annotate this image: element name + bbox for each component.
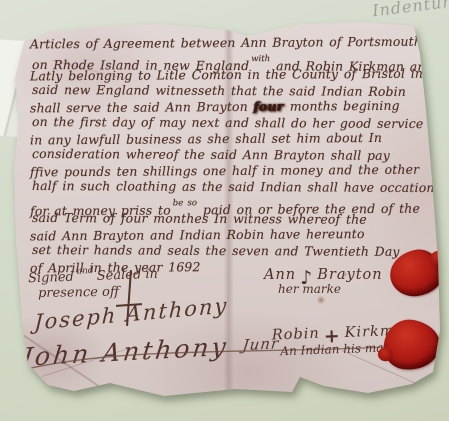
wax-seal-blob [377, 347, 393, 362]
ann-brayton-mark-block: Ann♪Brayton her marke [264, 262, 383, 296]
name-text: Robin [272, 326, 320, 344]
line-text: months begining [290, 98, 400, 114]
manuscript-paper: Articles of Agreement between Ann Brayto… [12, 20, 442, 402]
interlinear-insertion: be so [173, 198, 197, 208]
ann-personal-mark: ♪ [300, 267, 313, 289]
overwritten-word: four [252, 99, 286, 114]
photograph-of-manuscript: Indenture Articles of Agreement between … [0, 0, 449, 421]
manuscript-text: Articles of Agreement between Ann Brayto… [30, 35, 428, 275]
interlinear-insertion: and [76, 266, 93, 277]
signature-text: John Anthony [20, 332, 230, 372]
name-text: Ann [264, 267, 296, 283]
ann-mark-caption: her marke [278, 282, 383, 296]
mat-annotation: Indenture [371, 0, 449, 20]
ink-stain [316, 296, 326, 304]
line-text: shall serve the said Ann Brayton [30, 99, 248, 116]
interlinear-insertion: with [251, 54, 270, 64]
name-text: Brayton [317, 267, 382, 283]
signature-john-anthony: John AnthonyJunr [20, 329, 281, 372]
wax-seal-blob [429, 250, 447, 266]
witness-text: Signed [28, 270, 74, 287]
robin-personal-mark: + [323, 325, 341, 348]
manuscript-paper-wrap: Articles of Agreement between Ann Brayto… [12, 20, 442, 402]
witness-block: SignedandSealed in presence off Joseph A… [28, 266, 158, 300]
ann-brayton-name: Ann♪Brayton [264, 262, 383, 284]
